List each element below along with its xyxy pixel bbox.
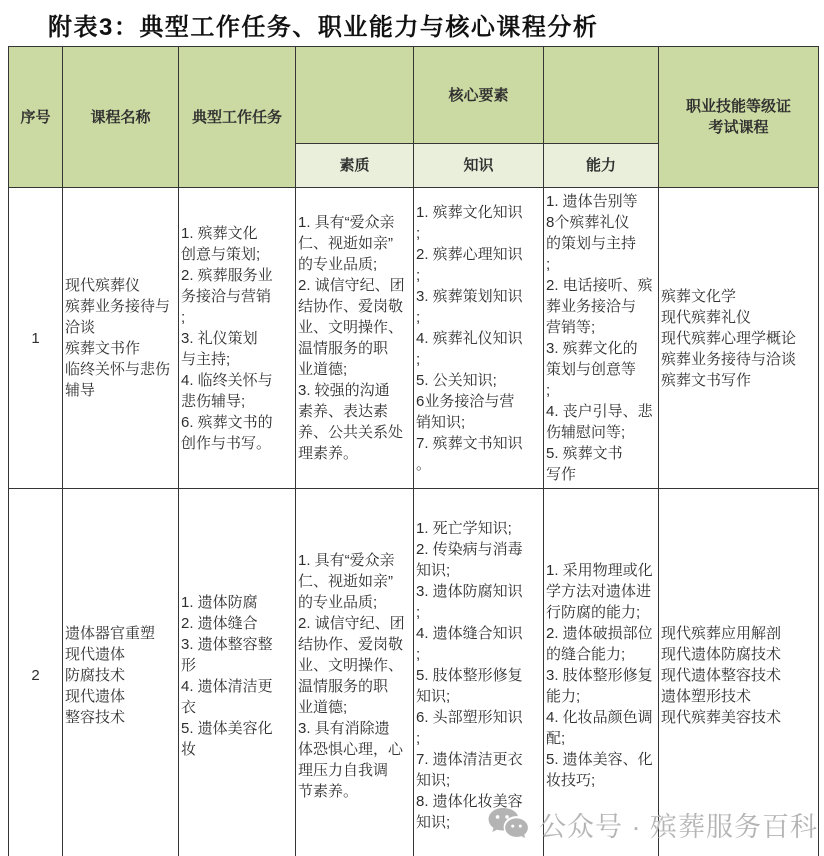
cell-task: 1. 殡葬文化 创意与策划; 2. 殡葬服务业 务接洽与营销 ; 3. 礼仪策划… [179, 188, 296, 489]
table-row: 2 遗体器官重塑 现代遗体 防腐技术 现代遗体 整容技术 1. 遗体防腐 2. … [9, 489, 819, 856]
cell-course: 现代殡葬仪 殡葬业务接待与 洽谈 殡葬文书作 临终关怀与悲伤 辅导 [63, 188, 179, 489]
sub-header-ability: 能力 [544, 144, 659, 188]
header-row-1: 序号 课程名称 典型工作任务 核心要素 职业技能等级证 考试课程 [9, 47, 819, 144]
table-row: 1 现代殡葬仪 殡葬业务接待与 洽谈 殡葬文书作 临终关怀与悲伤 辅导 1. 殡… [9, 188, 819, 489]
col-header-course: 课程名称 [63, 47, 179, 188]
cell-course: 遗体器官重塑 现代遗体 防腐技术 现代遗体 整容技术 [63, 489, 179, 856]
analysis-table: 序号 课程名称 典型工作任务 核心要素 职业技能等级证 考试课程 素质 知识 能… [8, 46, 819, 856]
cell-no: 1 [9, 188, 63, 489]
cell-knowledge: 1. 死亡学知识; 2. 传染病与消毒 知识; 3. 遗体防腐知识 ; 4. 遗… [414, 489, 544, 856]
sub-header-quality: 素质 [296, 144, 414, 188]
col-header-core-elements: 核心要素 [414, 47, 544, 144]
cell-cert: 殡葬文化学 现代殡葬礼仪 现代殡葬心理学概论 殡葬业务接待与洽谈 殡葬文书写作 [659, 188, 819, 489]
cell-cert: 现代殡葬应用解剖 现代遗体防腐技术 现代遗体整容技术 遗体塑形技术 现代殡葬美容… [659, 489, 819, 856]
cell-quality: 1. 具有“爱众亲 仁、视逝如亲” 的专业品质; 2. 诚信守纪、团 结协作、爱… [296, 489, 414, 856]
cell-ability: 1. 遗体告别等 8个殡葬礼仪 的策划与主持 ; 2. 电话接听、殡 葬业务接洽… [544, 188, 659, 489]
col-header-cert: 职业技能等级证 考试课程 [659, 47, 819, 188]
col-header-no: 序号 [9, 47, 63, 188]
sub-header-knowledge: 知识 [414, 144, 544, 188]
page: 附表3：典型工作任务、职业能力与核心课程分析 序号 课程名称 典型工作任务 核心… [0, 0, 824, 856]
cell-task: 1. 遗体防腐 2. 遗体缝合 3. 遗体整容整 形 4. 遗体清洁更 衣 5.… [179, 489, 296, 856]
cell-knowledge: 1. 殡葬文化知识 ; 2. 殡葬心理知识 ; 3. 殡葬策划知识 ; 4. 殡… [414, 188, 544, 489]
cell-no: 2 [9, 489, 63, 856]
col-header-empty-right [544, 47, 659, 144]
page-title: 附表3：典型工作任务、职业能力与核心课程分析 [48, 7, 824, 42]
cell-quality: 1. 具有“爱众亲 仁、视逝如亲” 的专业品质; 2. 诚信守纪、团 结协作、爱… [296, 188, 414, 489]
cell-ability: 1. 采用物理或化 学方法对遗体进 行防腐的能力; 2. 遗体破损部位 的缝合能… [544, 489, 659, 856]
col-header-empty-left [296, 47, 414, 144]
col-header-task: 典型工作任务 [179, 47, 296, 188]
